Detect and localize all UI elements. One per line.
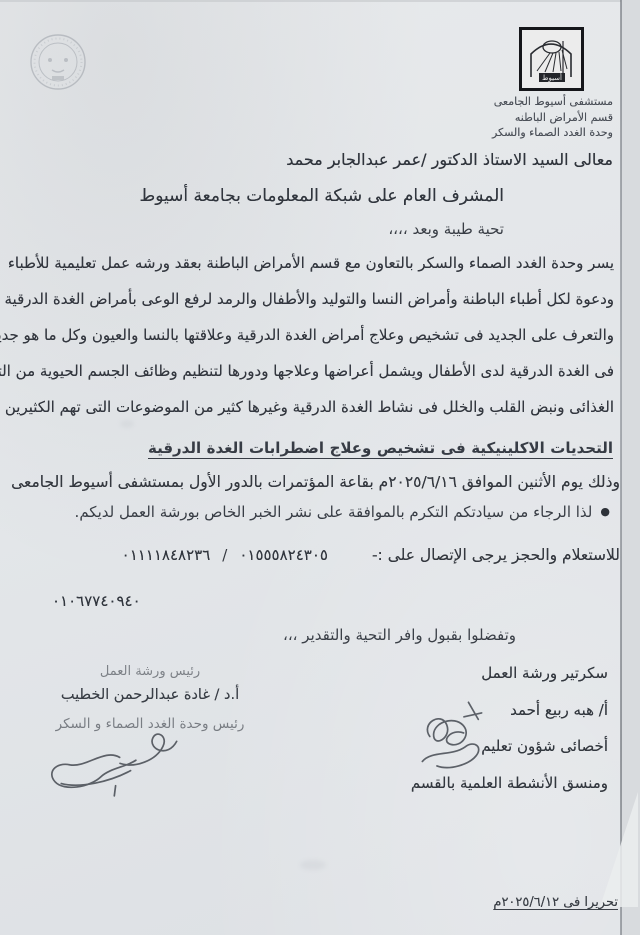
workshop-title: التحديات الاكلينيكية فى تشخيص وعلاج اضطر… xyxy=(148,431,613,465)
svg-text:أسيوط: أسيوط xyxy=(542,73,562,82)
body-line: والتعرف على الجديد فى تشخيص وعلاج أمراض … xyxy=(16,317,614,353)
signature-scribble-right xyxy=(406,692,502,783)
head-role: رئيس ورشة العمل xyxy=(24,664,276,679)
body-line: يسر وحدة الغدد الصماء والسكر بالتعاون مع… xyxy=(16,245,614,281)
body-line: ودعوة لكل أطباء الباطنة وأمراض النسا وال… xyxy=(16,281,614,317)
letterhead-department: قسم الأمراض الباطنه xyxy=(492,110,613,126)
secretary-role: سكرتير ورشة العمل xyxy=(411,655,608,692)
closing-salutation: وتفضلوا بقبول وافر التحية والتقدير ،،، xyxy=(283,626,516,644)
scan-top-edge xyxy=(0,0,640,2)
phone-separator: / xyxy=(222,546,227,564)
addressee-name-line: معالى السيد الاستاذ الدكتور /عمر عبدالجا… xyxy=(286,150,613,169)
phone-number-1: ٠١٥٥٥٨٢٤٣٠٥ xyxy=(239,546,328,564)
request-text: لذا الرجاء من سيادتكم التكرم بالموافقة ع… xyxy=(75,503,593,521)
written-date: تحريرا فى ٢٠٢٥/٦/١٢م xyxy=(493,895,618,910)
university-logo-icon: أسيوط xyxy=(519,27,584,91)
head-name: أ.د / غادة عبدالرحمن الخطيب xyxy=(24,687,276,703)
bullet-icon: ● xyxy=(600,505,610,518)
body-line: فى الغدة الدرقية لدى الأطفال ويشمل أعراض… xyxy=(16,353,614,389)
body-paragraph: يسر وحدة الغدد الصماء والسكر بالتعاون مع… xyxy=(16,245,614,425)
scan-seam-line xyxy=(620,0,622,935)
letterhead-hospital: مستشفى أسيوط الجامعى xyxy=(492,94,613,110)
phone-number-2: ٠١١١١٨٤٨٢٣٦ xyxy=(122,546,211,564)
letterhead: مستشفى أسيوط الجامعى قسم الأمراض الباطنه… xyxy=(492,94,613,141)
event-date-line: وذلك يوم الأثنين الموافق ٢٠٢٥/٦/١٦م بقاع… xyxy=(14,465,620,499)
request-line: ●لذا الرجاء من سيادتكم التكرم بالموافقة … xyxy=(75,503,610,521)
scanned-letter-page: أسيوط مستشفى أسيوط الجامعى قسم الأمراض ا… xyxy=(0,0,640,935)
contact-label: للاستعلام والحجز يرجى الإتصال على :- xyxy=(372,546,620,564)
addressee-title-line: المشرف العام على شبكة المعلومات بجامعة أ… xyxy=(140,186,505,206)
letterhead-unit: وحدة الغدد الصماء والسكر xyxy=(492,125,613,141)
scan-smudge xyxy=(300,860,326,870)
signature-scribble-left xyxy=(34,723,189,803)
greeting-line: تحية طيبة وبعد ،،،، xyxy=(388,220,504,238)
signature-block-head: رئيس ورشة العمل أ.د / غادة عبدالرحمن الخ… xyxy=(24,664,276,732)
circular-stamp-icon xyxy=(26,30,90,94)
phone-number-3: ٠١٠٦٧٧٤٠٩٤٠ xyxy=(52,592,141,610)
body-line: الغذائى ونبض القلب والخلل فى نشاط الغدة … xyxy=(16,389,614,425)
contact-row: للاستعلام والحجز يرجى الإتصال على :- ٠١٥… xyxy=(0,546,620,564)
